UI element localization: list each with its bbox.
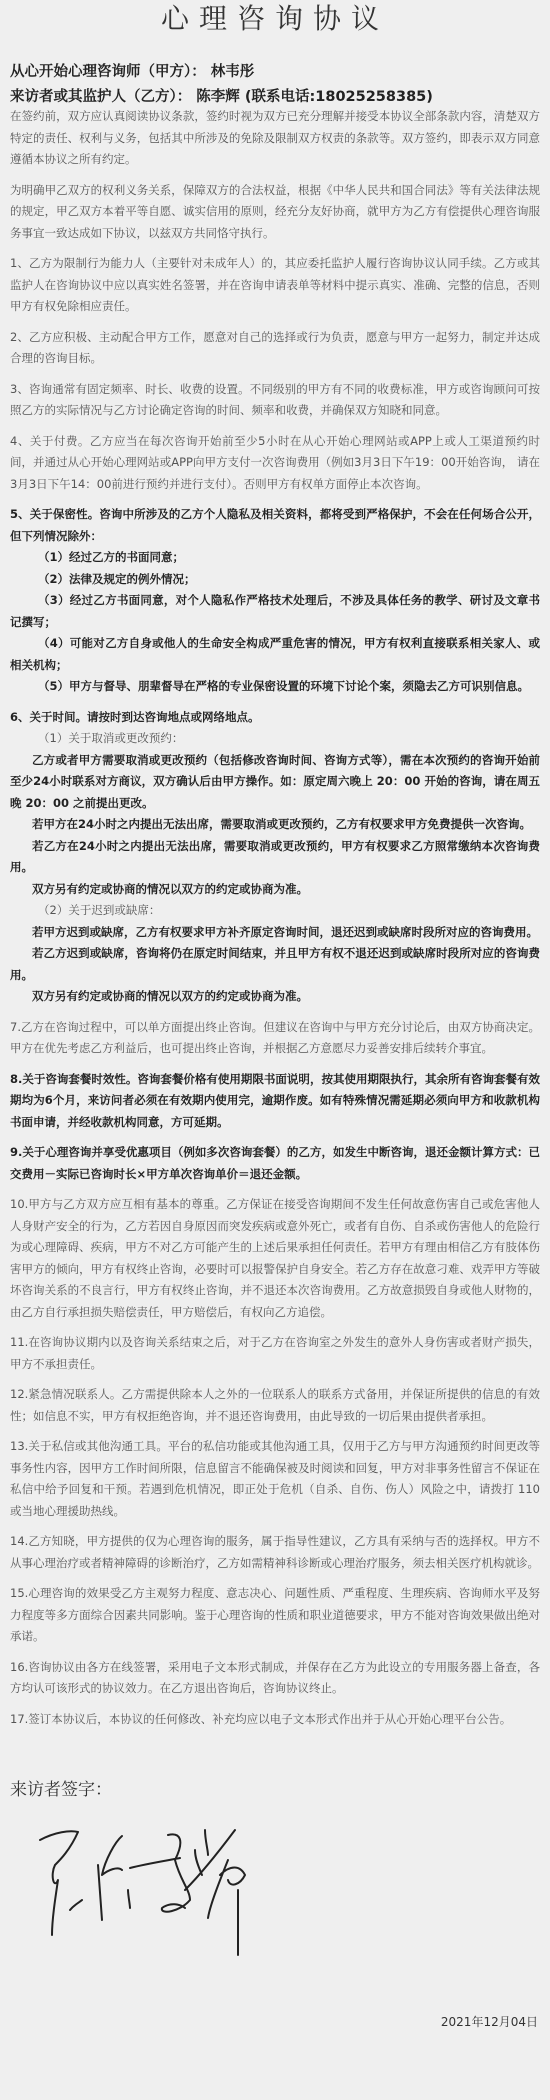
handwritten-signature [30,1820,270,1964]
clause-2: 2、乙方应积极、主动配合甲方工作，愿意对自己的选择或行为负责，愿意与甲方一起努力… [10,327,540,370]
clause-6-sub2-line: 双方另有约定或协商的情况以双方的约定或协商为准。 [10,986,540,1008]
agreement-body: 在签约前，双方应认真阅读协议条款，签约时视为双方已充分理解并接受本协议全部条款内… [10,106,540,1739]
clause-8: 8.关于咨询套餐时效性。咨询套餐价格有使用期限书面说明，按其使用期限执行，其余所… [10,1069,540,1134]
clause-17: 17.签订本协议后，本协议的任何修改、补充均应以电子文本形式作出并于从心开始心理… [10,1709,540,1731]
clause-16: 16.咨询协议由各方在线签署，采用电子文本形式制成，并保存在乙方为此设立的专用服… [10,1657,540,1700]
clause-4: 4、关于付费。乙方应当在每次咨询开始前至少5小时在从心开始心理网站或APP上或人… [10,431,540,496]
clause-5: 5、关于保密性。咨询中所涉及的乙方个人隐私及相关资料，都将受到严格保护，不会在任… [10,504,540,698]
clause-6-sub1-title: （1）关于取消或更改预约： [10,728,540,750]
clause-10: 10.甲方与乙方双方应互相有基本的尊重。乙方保证在接受咨询期间不发生任何故意伤害… [10,1194,540,1323]
clause-6-heading: 6、关于时间。请按时到达咨询地点或网络地点。 [10,707,540,729]
clause-5-item: （4）可能对乙方自身或他人的生命安全构成严重危害的情况，甲方有权利直接联系相关家… [10,633,540,676]
party-a-line: 从心开始心理咨询师（甲方）： 林韦彤 [10,62,254,82]
clause-5-item: （1）经过乙方的书面同意； [10,547,540,569]
clause-5-item: （5）甲方与督导、朋辈督导在严格的专业保密设置的环境下讨论个案，须隐去乙方可识别… [10,676,540,698]
clause-14: 14.乙方知晓，甲方提供的仅为心理咨询的服务，属于指导性建议，乙方具有采纳与否的… [10,1531,540,1574]
clause-6-sub1-line: 若甲方在24小时之内提出无法出席，需要取消或更改预约，乙方有权要求甲方免费提供一… [10,814,540,836]
intro-paragraph-2: 为明确甲乙双方的权利义务关系，保障双方的合法权益，根据《中华人民共和国合同法》等… [10,180,540,245]
clause-15: 15.心理咨询的效果受乙方主观努力程度、意志决心、问题性质、严重程度、生理疾病、… [10,1583,540,1648]
signing-date: 2021年12月04日 [441,2013,538,2030]
page-title: 心理咨询协议 [0,2,550,36]
clause-9: 9.关于心理咨询并享受优惠项目（例如多次咨询套餐）的乙方，如发生中断咨询，退还金… [10,1142,540,1185]
clause-5-item: （2）法律及规定的例外情况； [10,569,540,591]
clause-3: 3、咨询通常有固定频率、时长、收费的设置。不同级别的甲方有不同的收费标准，甲方或… [10,379,540,422]
clause-6-sub2-line: 若甲方迟到或缺席，乙方有权要求甲方补齐原定咨询时间，退还迟到或缺席时段所对应的咨… [10,922,540,944]
clause-6-sub1-line: 若乙方在24小时之内提出无法出席，需要取消或更改预约，甲方有权要求乙方照常缴纳本… [10,836,540,879]
clause-7: 7.乙方在咨询过程中，可以单方面提出终止咨询。但建议在咨询中与甲方充分讨论后，由… [10,1017,540,1060]
intro-paragraph-1: 在签约前，双方应认真阅读协议条款，签约时视为双方已充分理解并接受本协议全部条款内… [10,106,540,171]
party-b-line: 来访者或其监护人（乙方）： 陈李辉 (联系电话:18025258385) [10,87,433,107]
clause-12: 12.紧急情况联系人。乙方需提供除本人之外的一位联系人的联系方式备用，并保证所提… [10,1384,540,1427]
clause-5-heading: 5、关于保密性。咨询中所涉及的乙方个人隐私及相关资料，都将受到严格保护，不会在任… [10,504,540,547]
clause-13: 13.关于私信或其他沟通工具。平台的私信功能或其他沟通工具，仅用于乙方与甲方沟通… [10,1436,540,1522]
clause-6-sub1-line: 双方另有约定或协商的情况以双方的约定或协商为准。 [10,879,540,901]
clause-6: 6、关于时间。请按时到达咨询地点或网络地点。 （1）关于取消或更改预约： 乙方或… [10,707,540,1008]
clause-1: 1、乙方为限制行为能力人（主要针对未成年人）的，其应委托监护人履行咨询协议认同手… [10,253,540,318]
clause-6-sub1-line: 乙方或者甲方需要取消或更改预约（包括修改咨询时间、咨询方式等），需在本次预约的咨… [10,750,540,815]
signature-label: 来访者签字： [10,1775,112,1800]
clause-6-sub2-title: （2）关于迟到或缺席： [10,900,540,922]
clause-11: 11.在咨询协议期内以及咨询关系结束之后，对于乙方在咨询室之外发生的意外人身伤害… [10,1332,540,1375]
clause-5-item: （3）经过乙方书面同意，对个人隐私作严格技术处理后，不涉及具体任务的教学、研讨及… [10,590,540,633]
clause-6-sub2-line: 若乙方迟到或缺席，咨询将仍在原定时间结束，并且甲方有权不退还迟到或缺席时段所对应… [10,943,540,986]
